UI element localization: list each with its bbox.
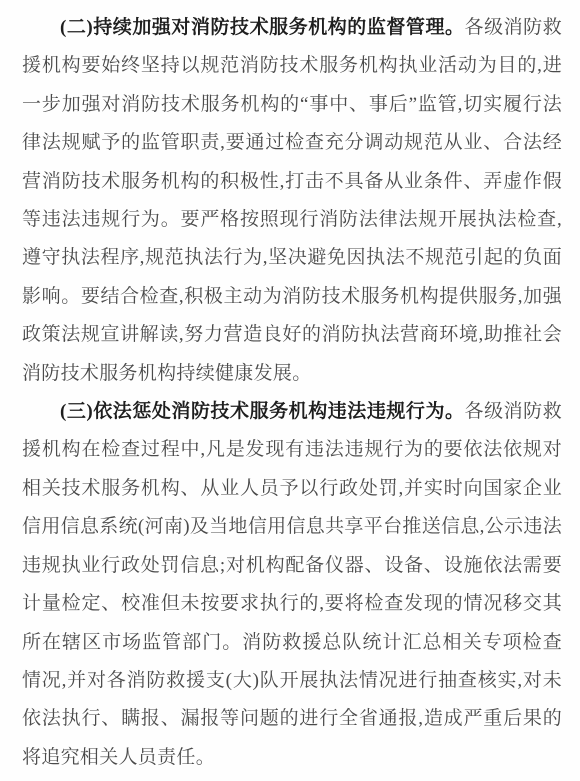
paragraph-section-2-heading: (二)持续加强对消防技术服务机构的监督管理。 (60, 17, 465, 38)
paragraph-section-2-body: 各级消防救援机构要始终坚持以规范消防技术服务机构执业活动为目的,进一步加强对消防… (22, 17, 562, 384)
document-page: (二)持续加强对消防技术服务机构的监督管理。各级消防救援机构要始终坚持以规范消防… (0, 0, 580, 781)
paragraph-section-2: (二)持续加强对消防技术服务机构的监督管理。各级消防救援机构要始终坚持以规范消防… (22, 9, 562, 393)
paragraph-section-3-heading: (三)依法惩处消防技术服务机构违法违规行为。 (60, 401, 465, 422)
paragraph-section-3-body: 各级消防救援机构在检查过程中,凡是发现有违法违规行为的要依法依规对相关技术服务机… (22, 401, 562, 768)
paragraph-section-3: (三)依法惩处消防技术服务机构违法违规行为。各级消防救援机构在检查过程中,凡是发… (22, 393, 562, 777)
